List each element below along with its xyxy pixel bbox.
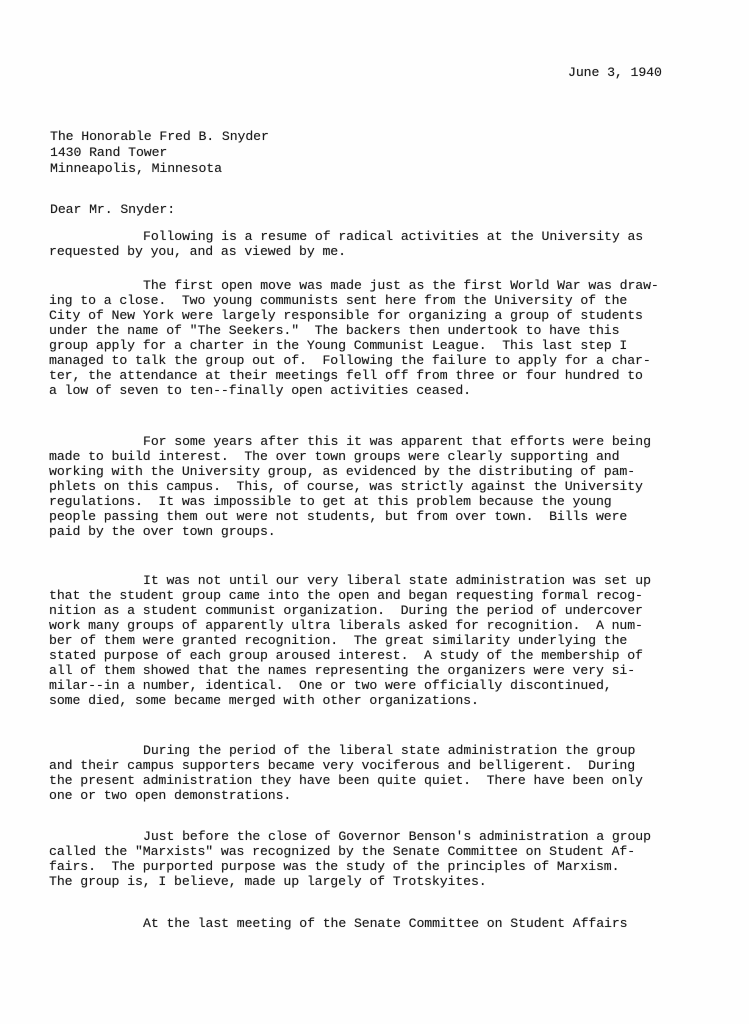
paragraph-line: ing to a close. Two young communists sen… — [49, 293, 719, 308]
paragraph-line: people passing them out were not student… — [49, 509, 719, 524]
paragraph-line: During the period of the liberal state a… — [49, 743, 719, 758]
letter-page: June 3, 1940 The Honorable Fred B. Snyde… — [0, 0, 749, 1024]
paragraph-line: The group is, I believe, made up largely… — [49, 874, 719, 889]
paragraph-line: nition as a student communist organizati… — [49, 603, 719, 618]
paragraph-line: It was not until our very liberal state … — [49, 573, 719, 588]
paragraph-line: The first open move was made just as the… — [49, 278, 719, 293]
paragraph-line: managed to talk the group out of. Follow… — [49, 353, 719, 368]
paragraph-line: paid by the over town groups. — [49, 524, 719, 539]
letter-date: June 3, 1940 — [568, 65, 662, 80]
paragraph-line: all of them showed that the names repres… — [49, 663, 719, 678]
recipient-city: Minneapolis, Minnesota — [50, 161, 222, 176]
paragraph-line: working with the University group, as ev… — [49, 464, 719, 479]
paragraph-line: For some years after this it was apparen… — [49, 434, 719, 449]
paragraph-line: a low of seven to ten--finally open acti… — [49, 383, 719, 398]
paragraph-seekers: The first open move was made just as the… — [49, 278, 719, 398]
paragraph-last-meeting: At the last meeting of the Senate Commit… — [49, 916, 719, 931]
paragraph-line: that the student group came into the ope… — [49, 588, 719, 603]
paragraph-line: milar--in a number, identical. One or tw… — [49, 678, 719, 693]
recipient-street: 1430 Rand Tower — [50, 145, 167, 160]
paragraph-line: stated purpose of each group aroused int… — [49, 648, 719, 663]
paragraph-line: called the "Marxists" was recognized by … — [49, 844, 719, 859]
paragraph-line: Just before the close of Governor Benson… — [49, 829, 719, 844]
paragraph-line: made to build interest. The over town gr… — [49, 449, 719, 464]
paragraph-vociferous: During the period of the liberal state a… — [49, 743, 719, 803]
recipient-name: The Honorable Fred B. Snyder — [50, 129, 269, 144]
paragraph-marxists: Just before the close of Governor Benson… — [49, 829, 719, 889]
paragraph-line: requested by you, and as viewed by me. — [49, 244, 719, 259]
paragraph-line: ber of them were granted recognition. Th… — [49, 633, 719, 648]
paragraph-line: group apply for a charter in the Young C… — [49, 338, 719, 353]
paragraph-over-town: For some years after this it was apparen… — [49, 434, 719, 539]
paragraph-line: phlets on this campus. This, of course, … — [49, 479, 719, 494]
paragraph-line: fairs. The purported purpose was the stu… — [49, 859, 719, 874]
paragraph-line: the present administration they have bee… — [49, 773, 719, 788]
paragraph-line: Following is a resume of radical activit… — [49, 229, 719, 244]
salutation: Dear Mr. Snyder: — [50, 202, 175, 217]
paragraph-line: under the name of "The Seekers." The bac… — [49, 323, 719, 338]
paragraph-line: and their campus supporters became very … — [49, 758, 719, 773]
paragraph-line: one or two open demonstrations. — [49, 788, 719, 803]
paragraph-line: work many groups of apparently ultra lib… — [49, 618, 719, 633]
paragraph-line: regulations. It was impossible to get at… — [49, 494, 719, 509]
paragraph-liberal-admin: It was not until our very liberal state … — [49, 573, 719, 708]
paragraph-line: City of New York were largely responsibl… — [49, 308, 719, 323]
paragraph-line: some died, some became merged with other… — [49, 693, 719, 708]
paragraph-line: At the last meeting of the Senate Commit… — [49, 916, 719, 931]
paragraph-line: ter, the attendance at their meetings fe… — [49, 368, 719, 383]
paragraph-intro: Following is a resume of radical activit… — [49, 229, 719, 259]
